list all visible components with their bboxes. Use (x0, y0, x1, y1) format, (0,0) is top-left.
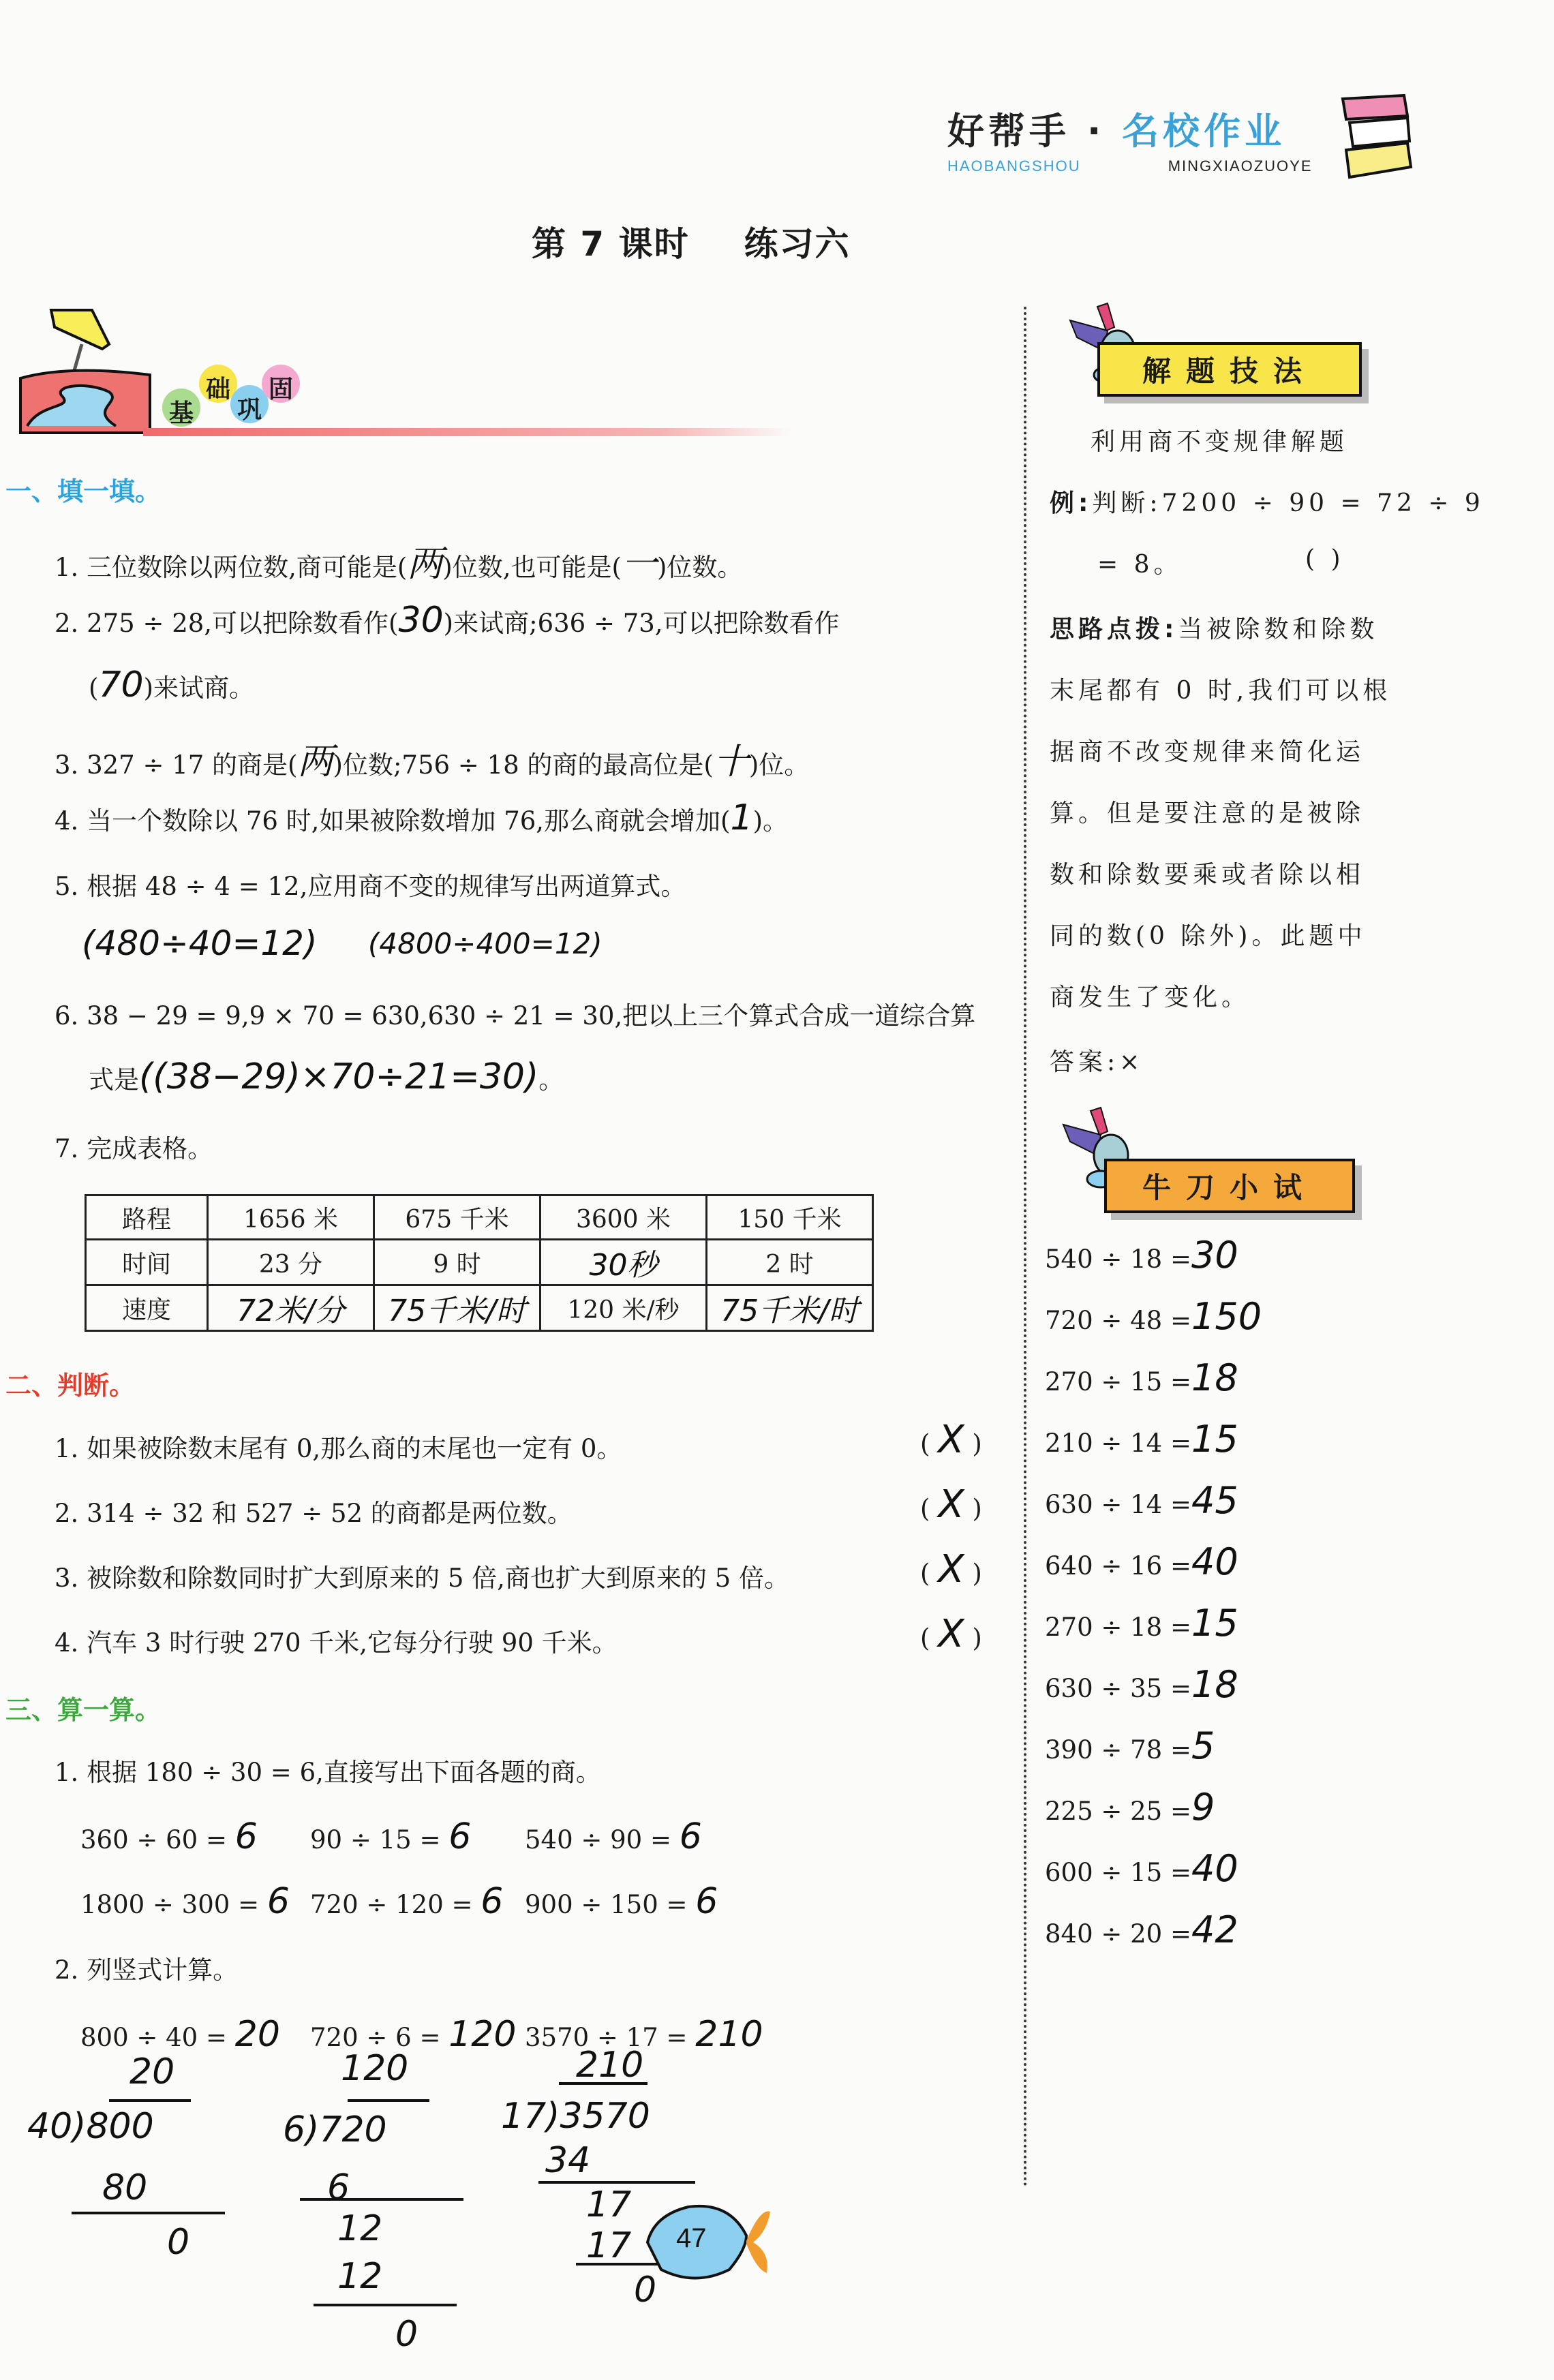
banner-underline (143, 428, 791, 436)
answer-field[interactable]: 40 (1191, 1847, 1238, 1890)
hint-line: 算。但是要注意的是被除 (1050, 794, 1365, 829)
work-step: 210 (576, 2045, 643, 2086)
practice-item: 640 ÷ 16 =40 (1045, 1540, 1238, 1583)
judge-item-1: 1. 如果被除数末尾有 0,那么商的末尾也一定有 0。 (55, 1428, 622, 1465)
answer-field[interactable]: 两 (298, 742, 333, 782)
answer-field[interactable]: 30 (399, 600, 444, 641)
judge-mark-1[interactable]: ( X ) (920, 1418, 982, 1462)
practice-item: 720 ÷ 48 =150 (1045, 1295, 1262, 1338)
answer-field[interactable]: 210 (695, 2014, 763, 2055)
quick-calc: 360 ÷ 60 = 6 (80, 1816, 258, 1857)
brand-name: 好帮手 (947, 110, 1070, 153)
brand-pinyin-left: HAOBANGSHOU (947, 157, 1081, 174)
hint-line: 商发生了变化。 (1050, 978, 1250, 1013)
judge-mark-2[interactable]: ( X ) (920, 1482, 982, 1527)
speed-table: 路程 1656 米 675 千米 3600 米 150 千米 时间 23 分 9… (85, 1194, 874, 1332)
practice-item: 840 ÷ 20 =42 (1045, 1908, 1238, 1951)
section-heading-calc: 三、算一算。 (5, 1689, 161, 1726)
work-step: 80 (102, 2167, 147, 2208)
calc-question-1: 1. 根据 180 ÷ 30 = 6,直接写出下面各题的商。 (55, 1752, 601, 1788)
answer-field[interactable]: (480÷40=12) (82, 924, 317, 963)
brand-series: 名校作业 (1122, 110, 1285, 153)
practice-item: 630 ÷ 35 =18 (1045, 1663, 1238, 1706)
answer-field[interactable]: 6 (695, 1881, 718, 1922)
sidebar-divider (1024, 307, 1026, 2188)
banner-char: 固 (269, 370, 293, 405)
division-bar (559, 2082, 647, 2085)
practice-item: 210 ÷ 14 =15 (1045, 1418, 1238, 1461)
judge-mark-3[interactable]: ( X ) (920, 1547, 982, 1591)
answer-field[interactable]: 6 (448, 1816, 471, 1857)
section-heading-fill: 一、填一填。 (5, 470, 161, 508)
question-1-5: 5. 根据 48 ÷ 4 = 12,应用商不变的规律写出两道算式。 (55, 866, 686, 902)
answer-field[interactable]: 70 (98, 665, 143, 705)
judge-item-2: 2. 314 ÷ 32 和 527 ÷ 52 的商都是两位数。 (55, 1493, 573, 1529)
hint-line: 同的数(0 除外)。此题中 (1050, 917, 1366, 951)
brand-logo: 好帮手 · 名校作业 HAOBANGSHOU MINGXIAOZUOYE (947, 102, 1313, 175)
answer-field[interactable]: (4800÷400=12) (368, 927, 603, 960)
answer-field[interactable]: 5 (1191, 1724, 1215, 1767)
answer-field[interactable]: 75千米/时 (388, 1294, 526, 1328)
answer-field[interactable]: 两 (407, 544, 442, 585)
judge-item-4: 4. 汽车 3 时行驶 270 千米,它每分行驶 90 千米。 (55, 1622, 618, 1659)
answer-field[interactable]: 1 (730, 797, 752, 838)
answer-field[interactable]: 20 (235, 2014, 280, 2055)
quick-calc: 900 ÷ 150 = 6 (525, 1881, 718, 1922)
question-1-1: 1. 三位数除以两位数,商可能是(两)位数,也可能是(一)位数。 (55, 535, 742, 586)
work-step: 20 (129, 2051, 174, 2092)
subtraction-line (538, 2181, 695, 2184)
example-answer: 答案:× (1050, 1043, 1144, 1078)
answer-field[interactable]: 75千米/时 (720, 1294, 859, 1328)
example-paren[interactable]: ( ) (1305, 545, 1345, 573)
banner-char: 巩 (237, 391, 262, 425)
question-1-2: 2. 275 ÷ 28,可以把除数看作(30)来试商;636 ÷ 73,可以把除… (55, 600, 840, 641)
answer-field[interactable]: 30 (1191, 1234, 1238, 1277)
division-bar (109, 2099, 191, 2102)
practice-item: 390 ÷ 78 =5 (1045, 1724, 1215, 1767)
hint-line: 末尾都有 0 时,我们可以根 (1050, 671, 1391, 706)
work-step: 17)3570 (501, 2096, 650, 2137)
practice-item: 225 ÷ 25 =9 (1045, 1786, 1215, 1829)
quick-calc: 540 ÷ 90 = 6 (525, 1816, 702, 1857)
answer-field[interactable]: 6 (267, 1881, 290, 1922)
question-1-6-cont: 式是((38−29)×70÷21=30)。 (89, 1056, 564, 1097)
quick-calc: 720 ÷ 120 = 6 (310, 1881, 503, 1922)
brand-dot: · (1087, 110, 1106, 153)
answer-field[interactable]: 150 (1191, 1295, 1262, 1338)
answer-field[interactable]: 42 (1191, 1908, 1238, 1951)
hint-line: 据商不改变规律来简化运 (1050, 733, 1365, 767)
practice-banner-label: 牛刀小试 (1104, 1159, 1355, 1213)
hint-line: 数和除数要乘或者除以相 (1050, 855, 1365, 890)
long-division-expr: 800 ÷ 40 = 20 (80, 2014, 280, 2055)
answer-field[interactable]: ((38−29)×70÷21=30) (139, 1056, 538, 1097)
work-step: 17 (586, 2184, 631, 2225)
brand-pinyin-right: MINGXIAOZUOYE (1168, 157, 1313, 174)
example-line-2: = 8。 (1097, 545, 1183, 580)
practice-item: 270 ÷ 15 =18 (1045, 1356, 1238, 1399)
table-row: 时间 23 分 9 时 30秒 2 时 (86, 1240, 873, 1285)
practice-item: 600 ÷ 15 =40 (1045, 1847, 1238, 1890)
fish-icon (641, 2201, 791, 2283)
section-banner-basics (14, 307, 804, 436)
work-step: 6 (327, 2167, 350, 2208)
lesson-number: 第 7 课时 (532, 224, 690, 264)
lesson-title: 练习六 (744, 224, 851, 264)
work-step: 0 (167, 2222, 189, 2263)
answer-field[interactable]: 72米/分 (237, 1294, 345, 1328)
hint-line-1: 思路点拨:当被除数和除数 (1050, 610, 1378, 645)
question-1-3: 3. 327 ÷ 17 的商是(两)位数;756 ÷ 18 的商的最高位是(十)… (55, 733, 809, 784)
question-1-4: 4. 当一个数除以 76 时,如果被除数增加 76,那么商就会增加(1)。 (55, 797, 788, 838)
example-line-1: 例:判断:7200 ÷ 90 = 72 ÷ 9 (1050, 484, 1484, 519)
work-step: 34 (545, 2140, 590, 2181)
answer-field[interactable]: 30秒 (590, 1248, 658, 1283)
page-title: 第 7 课时练习六 (532, 217, 851, 266)
answer-field[interactable]: 40 (1191, 1540, 1238, 1583)
quick-calc: 1800 ÷ 300 = 6 (80, 1881, 290, 1922)
subtraction-line (314, 2304, 457, 2306)
answer-field[interactable]: 9 (1191, 1786, 1215, 1829)
banner-char: 基 (169, 394, 194, 429)
beach-umbrella-icon (14, 307, 164, 436)
tips-banner: 解题技法 (1067, 300, 1394, 409)
work-step: 17 (586, 2225, 631, 2266)
question-1-2-cont: (70)来试商。 (89, 665, 254, 705)
banner-char: 础 (206, 370, 230, 405)
table-row: 路程 1656 米 675 千米 3600 米 150 千米 (86, 1195, 873, 1240)
page-number: 47 (676, 2223, 707, 2254)
answer-field[interactable]: 120 (448, 2014, 516, 2055)
work-step: 120 (341, 2048, 408, 2089)
answer-field[interactable]: 6 (235, 1816, 258, 1857)
page-number-badge: 47 (641, 2201, 791, 2283)
answer-field[interactable]: 45 (1191, 1479, 1238, 1522)
work-step: 0 (395, 2314, 418, 2355)
section-heading-judge: 二、判断。 (5, 1364, 135, 1402)
practice-banner: 牛刀小试 (1060, 1104, 1387, 1213)
practice-item: 540 ÷ 18 =30 (1045, 1234, 1238, 1277)
answer-field[interactable]: 15 (1191, 1418, 1238, 1461)
answer-field[interactable]: 18 (1191, 1356, 1238, 1399)
books-icon (1336, 92, 1424, 181)
long-division-expr: 3570 ÷ 17 = 210 (525, 2014, 763, 2055)
subtraction-line (72, 2212, 225, 2214)
judge-mark-4[interactable]: ( X ) (920, 1612, 982, 1656)
question-1-6: 6. 38 − 29 = 9,9 × 70 = 630,630 ÷ 21 = 3… (55, 995, 975, 1032)
table-row: 速度 72米/分 75千米/时 120 米/秒 75千米/时 (86, 1285, 873, 1331)
answer-field[interactable]: 15 (1191, 1602, 1238, 1645)
work-step: 12 (337, 2208, 382, 2249)
answer-field[interactable]: 6 (680, 1816, 702, 1857)
question-1-7: 7. 完成表格。 (55, 1128, 213, 1165)
practice-item: 630 ÷ 14 =45 (1045, 1479, 1238, 1522)
answer-field[interactable]: 一 (622, 544, 657, 585)
answer-field[interactable]: 十 (714, 742, 749, 782)
work-step: 12 (337, 2256, 382, 2297)
division-bar (348, 2099, 429, 2102)
work-step: 6)720 (283, 2109, 387, 2150)
judge-item-3: 3. 被除数和除数同时扩大到原来的 5 倍,商也扩大到原来的 5 倍。 (55, 1557, 789, 1594)
work-step: 40)800 (27, 2106, 154, 2147)
tips-banner-label: 解题技法 (1097, 342, 1362, 397)
calc-question-2: 2. 列竖式计算。 (55, 1949, 238, 1986)
tips-title: 利用商不变规律解题 (1091, 423, 1348, 457)
answer-field[interactable]: 18 (1191, 1663, 1238, 1706)
subtraction-line (300, 2198, 463, 2201)
quick-calc: 90 ÷ 15 = 6 (310, 1816, 471, 1857)
answer-field[interactable]: 6 (481, 1881, 503, 1922)
practice-item: 270 ÷ 18 =15 (1045, 1602, 1238, 1645)
